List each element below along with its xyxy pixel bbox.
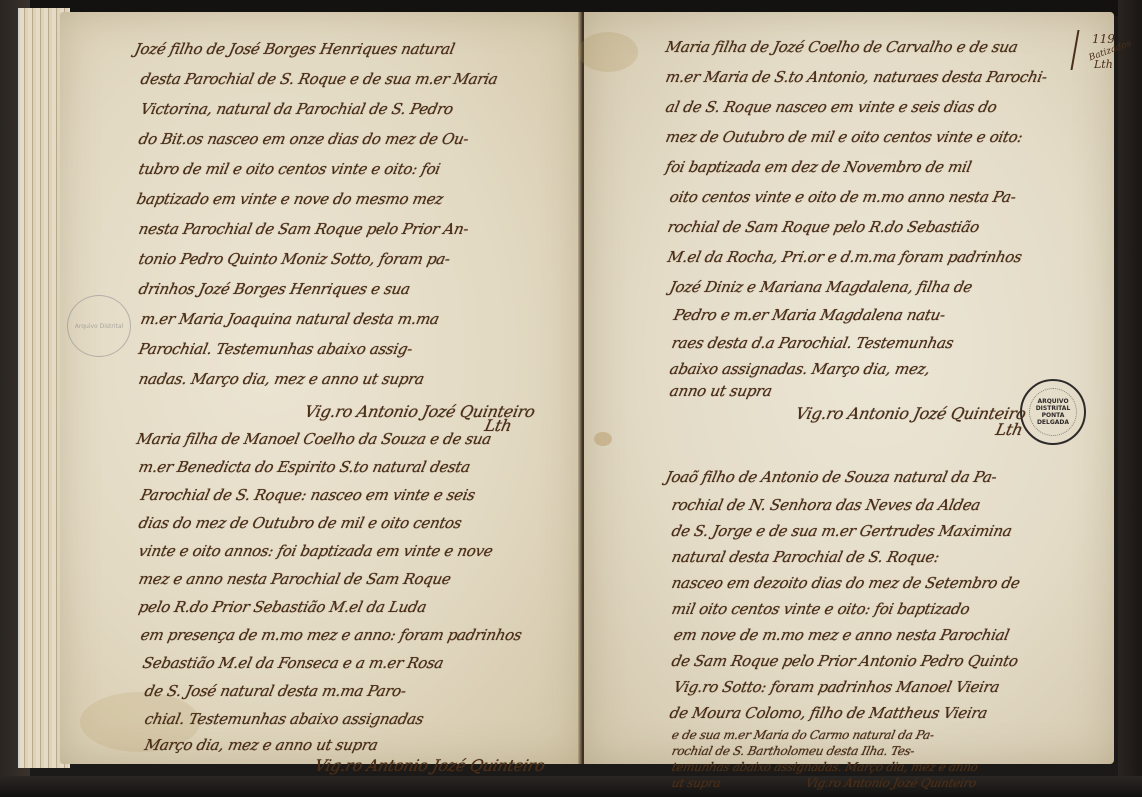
entry-line: Joaõ filho de Antonio de Souza natural d…	[664, 468, 998, 486]
right-page: 119 Batizados Lth ARQUIVO DISTRITAL PONT…	[584, 12, 1114, 764]
entry-line: natural desta Parochial de S. Roque:	[670, 548, 941, 566]
entry-line: tubro de mil e oito centos vinte e oito:…	[137, 160, 442, 178]
entry-line: foi baptizada em dez de Novembro de mil	[664, 158, 973, 176]
entry-line: Parochial de S. Roque: nasceo em vinte e…	[139, 486, 477, 504]
entry-line: m.er Benedicta do Espirito S.to natural …	[137, 458, 472, 476]
entry-line: desta Parochial de S. Roque e de sua m.e…	[139, 70, 499, 88]
entry-line: vinte e oito annos: foi baptizada em vin…	[137, 542, 494, 560]
entry-line: Sebastião M.el da Fonseca e a m.er Rosa	[141, 654, 445, 672]
folio-number-block: 119 Batizados Lth	[1080, 12, 1114, 72]
entry-line: e de sua m.er Maria do Carmo natural da …	[671, 728, 936, 742]
margin-rule	[1070, 30, 1079, 70]
priest-signature: Vig.ro Antonio Jozé Quinteiro	[805, 776, 978, 790]
entry-line: do Bit.os nasceo em onze dias do mez de …	[137, 130, 470, 148]
entry-line: rochial de Sam Roque pelo R.do Sebastião	[666, 218, 981, 236]
entry-line: al de S. Roque nasceo em vinte e seis di…	[664, 98, 998, 116]
priest-signature: Vig.ro Antonio Jozé Quinteiro	[794, 404, 1028, 423]
paper-stain	[578, 32, 638, 72]
stamp-inner-ring: ARQUIVO DISTRITAL PONTA DELGADA	[1029, 388, 1077, 436]
entry-line: raes desta d.a Parochial. Testemunhas	[670, 334, 955, 352]
entry-line: mez e anno nesta Parochial de Sam Roque	[137, 570, 452, 588]
scan-backdrop-right	[1118, 0, 1142, 797]
entry-line: Jozé Diniz e Mariana Magdalena, filha de	[668, 278, 974, 296]
entry-line: m.er Maria de S.to Antonio, naturaes des…	[664, 68, 1049, 86]
stamp-text: Arquivo Distrital	[75, 323, 123, 330]
entry-line: ut supra	[671, 776, 722, 790]
entry-line: M.el da Rocha, Pri.or e d.m.ma foram pad…	[666, 248, 1023, 266]
entry-line: temunhas abaixo assignadas. Março dia, m…	[671, 760, 980, 774]
entry-line: abaixo assignadas. Março dia, mez,	[668, 360, 932, 378]
entry-line: de Moura Colomo, filho de Mattheus Vieir…	[668, 704, 989, 722]
archive-stamp-faded: Arquivo Distrital	[67, 295, 131, 357]
entry-line: nesta Parochial de Sam Roque pelo Prior …	[137, 220, 470, 238]
entry-line: rochial de N. Senhora das Neves da Aldea	[670, 496, 982, 514]
entry-line: Março dia, mez e anno ut supra	[143, 736, 379, 754]
rubric: Lth	[994, 420, 1025, 439]
entry-line: mez de Outubro de mil e oito centos vint…	[664, 128, 1024, 146]
entry-line: Vig.ro Sotto: foram padrinhos Manoel Vie…	[672, 678, 1001, 696]
entry-line: Maria filha de Manoel Coelho da Souza e …	[135, 430, 493, 448]
stamp-ring-text: ARQUIVO DISTRITAL	[1030, 398, 1076, 412]
entry-line: mil oito centos vinte e oito: foi baptiz…	[670, 600, 971, 618]
entry-line: Pedro e m.er Maria Magdalena natu-	[672, 306, 947, 324]
entry-line: nadas. Março dia, mez e anno ut supra	[137, 370, 426, 388]
entry-line: de S. José natural desta m.ma Paro-	[143, 682, 408, 700]
folio-rubric: Lth	[1094, 58, 1113, 71]
entry-line: de S. Jorge e de sua m.er Gertrudes Maxi…	[670, 522, 1013, 540]
entry-line: Parochial. Testemunhas abaixo assig-	[137, 340, 414, 358]
entry-line: drinhos Jozé Borges Henriques e sua	[137, 280, 412, 298]
entry-line: baptizado em vinte e nove do mesmo mez	[135, 190, 445, 208]
entry-line: em presença de m.mo mez e anno: foram pa…	[139, 626, 523, 644]
entry-line: dias do mez de Outubro de mil e oito cen…	[137, 514, 463, 532]
entry-line: Jozé filho de José Borges Henriques natu…	[133, 40, 456, 58]
entry-line: Maria filha de Jozé Coelho de Carvalho e…	[664, 38, 1019, 56]
paper-spot	[594, 432, 612, 446]
archive-stamp: ARQUIVO DISTRITAL PONTA DELGADA	[1020, 379, 1086, 445]
entry-line: em nove de m.mo mez e anno nesta Parochi…	[672, 626, 1011, 644]
entry-line: chial. Testemunhas abaixo assignadas	[143, 710, 425, 728]
entry-line: anno ut supra	[668, 382, 774, 400]
stamp-center-text: PONTA DELGADA	[1030, 412, 1076, 426]
entry-line: m.er Maria Joaquina natural desta m.ma	[139, 310, 441, 328]
priest-signature: Vig.ro Antonio Jozé Quinteiro	[313, 756, 547, 775]
entry-line: rochial de S. Bartholomeu desta Ilha. Te…	[671, 744, 916, 758]
left-page: Arquivo Distrital Jozé filho de José Bor…	[60, 12, 582, 764]
entry-line: de Sam Roque pelo Prior Antonio Pedro Qu…	[670, 652, 1020, 670]
entry-line: pelo R.do Prior Sebastião M.el da Luda	[137, 598, 428, 616]
entry-line: Victorina, natural da Parochial de S. Pe…	[139, 100, 455, 118]
entry-line: tonio Pedro Quinto Moniz Sotto, foram pa…	[137, 250, 452, 268]
entry-line: oito centos vinte e oito de m.mo anno ne…	[668, 188, 1017, 206]
entry-line: nasceo em dezoito dias do mez de Setembr…	[670, 574, 1021, 592]
